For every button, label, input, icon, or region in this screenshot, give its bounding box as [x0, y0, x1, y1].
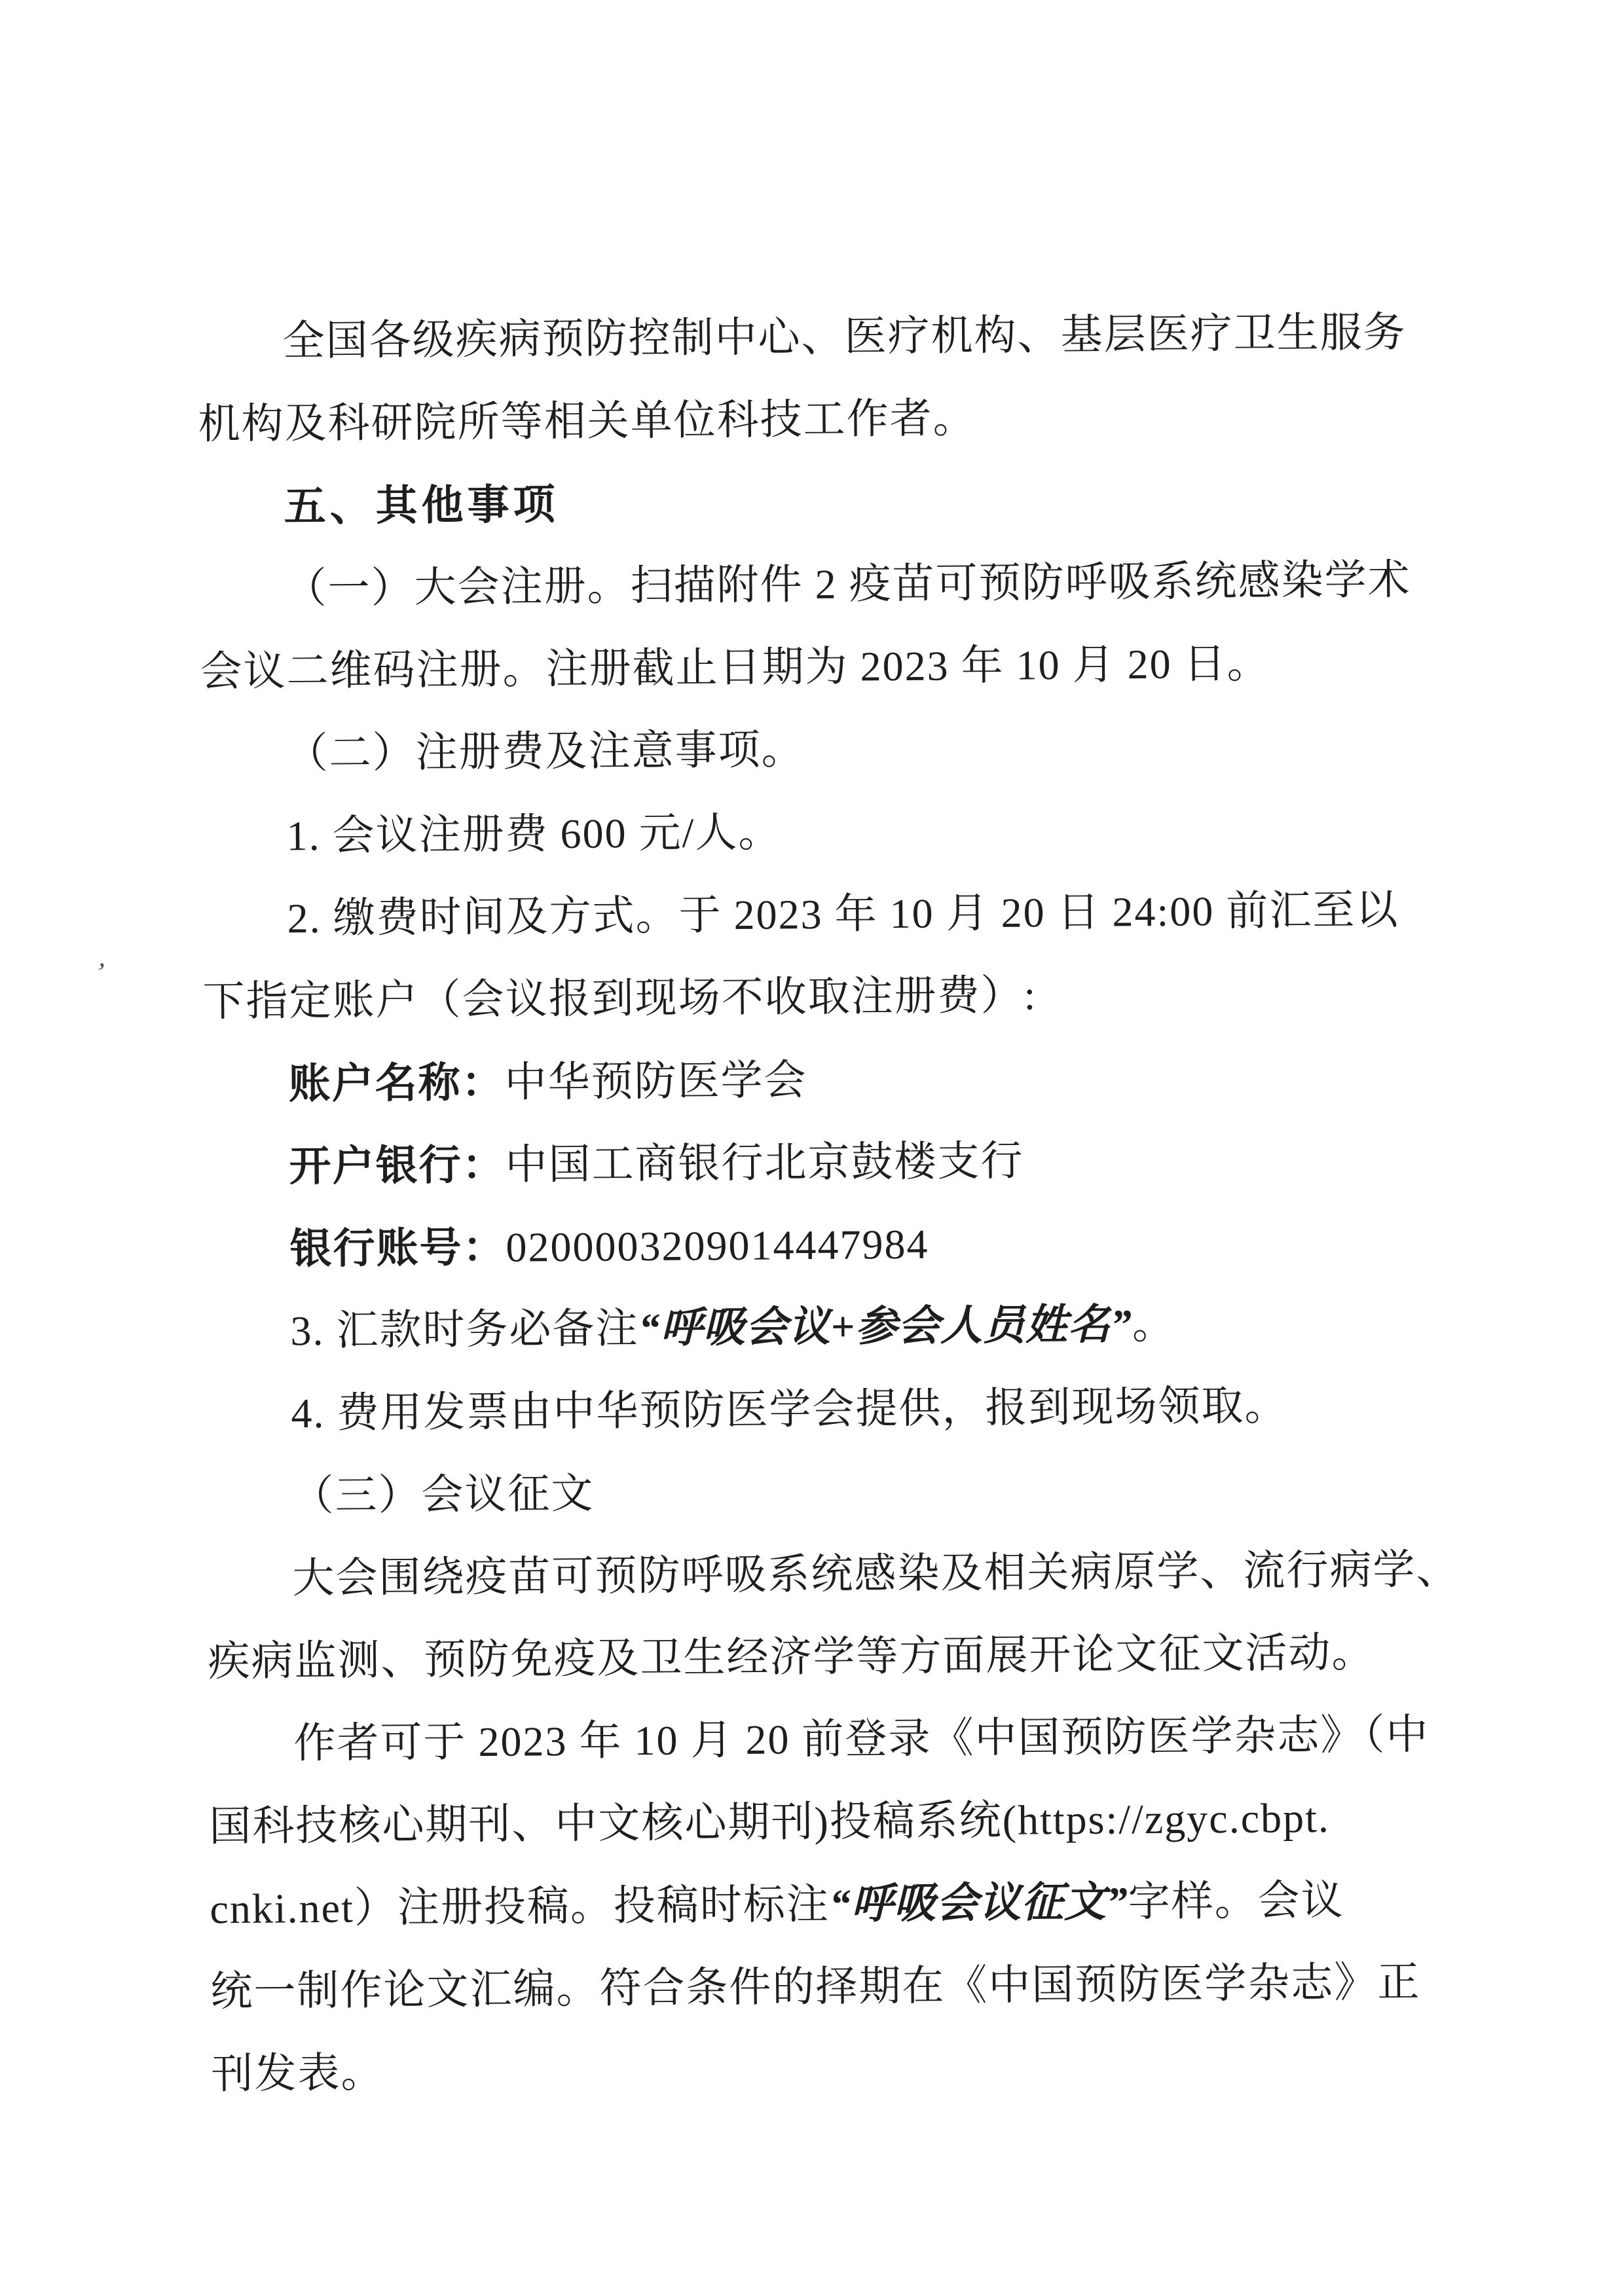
account-name-value: 中华预防医学会 — [504, 1057, 807, 1106]
paragraph-submission-line4: 统一制作论文汇编。符合条件的择期在《中国预防医学杂志》正 — [210, 1941, 1442, 2033]
line-text: 国科技核心期刊、中文核心期刊)投稿系统(https://zgyc.cbpt. — [209, 1795, 1330, 1850]
bank-account-number: 0200003209014447984 — [506, 1221, 929, 1271]
bank-branch-value: 中国工商银行北京鼓楼支行 — [505, 1138, 1024, 1188]
bank-account-row: 银行账号：0200003209014447984 — [204, 1199, 1436, 1291]
line-text: （二）注册费及注意事项。 — [286, 726, 805, 776]
account-name-row: 账户名称：中华预防医学会 — [203, 1034, 1435, 1126]
paragraph-submission-line5: 刊发表。 — [211, 2024, 1443, 2116]
scanned-page: ’ 全国各级疾病预防控制中心、医疗机构、基层医疗卫生服务 机构及科研院所等相关单… — [0, 0, 1624, 2296]
paragraph-submission-line2: 国科技核心期刊、中文核心期刊)投稿系统(https://zgyc.cbpt. — [209, 1776, 1441, 1868]
heading-text: 五、其他事项 — [284, 481, 559, 530]
paragraph-invoice: 4. 费用发票由中华预防医学会提供，报到现场领取。 — [206, 1364, 1437, 1456]
paragraph-audience-line1: 全国各级疾病预防控制中心、医疗机构、基层医疗卫生服务 — [197, 291, 1429, 384]
line-text: 。 — [1132, 1301, 1176, 1348]
remittance-memo-emphasis: “呼吸会议+参会人员姓名” — [638, 1301, 1132, 1351]
line-text: 1. 会议注册费 600 元/人。 — [286, 809, 781, 859]
scan-artifact-mark: ’ — [92, 957, 108, 989]
bank-branch-label: 开户银行： — [289, 1141, 506, 1190]
account-name-label: 账户名称： — [288, 1059, 505, 1108]
line-text: 会议二维码注册。注册截止日期为 2023 年 10 月 20 日。 — [200, 640, 1270, 695]
line-text: 机构及科研院所等相关单位科技工作者。 — [198, 395, 976, 447]
line-text: 字样。会议 — [1128, 1877, 1344, 1925]
line-text: cnki.net）注册投稿。投稿时标注 — [210, 1881, 830, 1932]
paragraph-submission-line1: 作者可于 2023 年 10 月 20 前登录《中国预防医学杂志》（中 — [208, 1694, 1440, 1786]
line-text: 刊发表。 — [211, 2049, 384, 2097]
line-text: 疾病监测、预防免疫及卫生经济学等方面展开论文征文活动。 — [208, 1629, 1375, 1685]
line-text: （三）会议征文 — [291, 1470, 595, 1520]
bank-branch-row: 开户银行：中国工商银行北京鼓楼支行 — [204, 1116, 1435, 1209]
paragraph-payment-line1: 2. 缴费时间及方式。于 2023 年 10 月 20 日 24:00 前汇至以 — [202, 869, 1433, 961]
paragraph-fee-amount: 1. 会议注册费 600 元/人。 — [201, 786, 1433, 879]
line-text: 大会围绕疫苗可预防呼吸系统感染及相关病原学、流行病学、 — [292, 1546, 1460, 1601]
paragraph-payment-line2: 下指定账户（会议报到现场不收取注册费）: — [202, 951, 1434, 1044]
line-text: 下指定账户（会议报到现场不收取注册费）: — [202, 972, 1037, 1025]
subsection-heading-call-for-papers: （三）会议征文 — [206, 1446, 1438, 1539]
line-text: 2. 缴费时间及方式。于 2023 年 10 月 20 日 24:00 前汇至以 — [287, 886, 1399, 941]
paragraph-submission-line3: cnki.net）注册投稿。投稿时标注“呼吸会议征文”字样。会议 — [210, 1859, 1441, 1951]
paragraph-audience-line2: 机构及科研院所等相关单位科技工作者。 — [198, 374, 1430, 466]
line-text: 4. 费用发票由中华预防医学会提供，报到现场领取。 — [291, 1382, 1288, 1436]
subsection-heading-fees: （二）注册费及注意事项。 — [200, 704, 1432, 796]
paragraph-registration-line2: 会议二维码注册。注册截止日期为 2023 年 10 月 20 日。 — [200, 621, 1431, 714]
line-text: 统一制作论文汇编。符合条件的择期在《中国预防医学杂志》正 — [210, 1959, 1421, 2015]
line-text: 作者可于 2023 年 10 月 20 前登录《中国预防医学杂志》（中 — [293, 1711, 1430, 1767]
paragraph-topics-line2: 疾病监测、预防免疫及卫生经济学等方面展开论文征文活动。 — [208, 1611, 1439, 1704]
line-text: （一）大会注册。扫描附件 2 疫苗可预防呼吸系统感染学术 — [284, 556, 1411, 612]
paper-memo-emphasis: “呼吸会议征文” — [830, 1878, 1129, 1927]
paragraph-registration-line1: （一）大会注册。扫描附件 2 疫苗可预防呼吸系统感染学术 — [199, 539, 1431, 631]
paragraph-remittance-note: 3. 汇款时务必备注“呼吸会议+参会人员姓名”。 — [205, 1281, 1437, 1374]
line-text: 3. 汇款时务必备注 — [290, 1305, 639, 1354]
paragraph-topics-line1: 大会围绕疫苗可预防呼吸系统感染及相关病原学、流行病学、 — [207, 1529, 1439, 1621]
line-text: 全国各级疾病预防控制中心、医疗机构、基层医疗卫生服务 — [282, 309, 1407, 364]
section-heading-other-matters: 五、其他事项 — [198, 456, 1430, 549]
document-body: 全国各级疾病预防控制中心、医疗机构、基层医疗卫生服务 机构及科研院所等相关单位科… — [197, 291, 1443, 2116]
bank-account-label: 银行账号： — [289, 1224, 506, 1273]
